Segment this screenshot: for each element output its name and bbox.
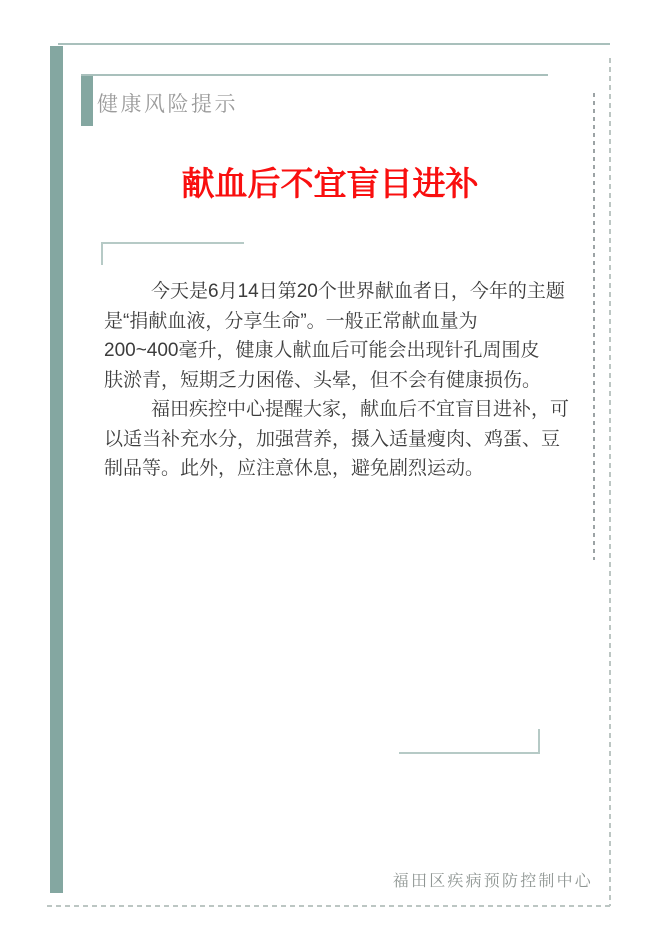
corner-bracket-bottom-right xyxy=(399,729,540,754)
page-title: 献血后不宜盲目进补 xyxy=(50,158,610,205)
header-accent-square xyxy=(81,74,93,126)
header-top-line xyxy=(81,74,548,76)
corner-bracket-top-left xyxy=(101,242,244,265)
poster-page: 健康风险提示 献血后不宜盲目进补 今天是6月14日第20个世界献血者日，今年的主… xyxy=(0,0,660,952)
paragraph: 福田疾控中心提醒大家，献血后不宜盲目进补，可以适当补充水分，加强营养，摄入适量瘦… xyxy=(104,395,566,484)
body-line: 以适当补充水分，加强营养，摄入适量瘦肉、鸡蛋、豆 xyxy=(104,425,566,455)
paragraph: 今天是6月14日第20个世界献血者日，今年的主题是“捐献血液，分享生命”。一般正… xyxy=(104,277,566,395)
section-header: 健康风险提示 xyxy=(97,88,238,118)
body-line: 肤淤青，短期乏力困倦、头晕，但不会有健康损伤。 xyxy=(104,366,566,396)
footer-organization: 福田区疾病预防控制中心 xyxy=(393,868,593,891)
body-line: 福田疾控中心提醒大家，献血后不宜盲目进补，可 xyxy=(104,395,566,425)
body-line: 今天是6月14日第20个世界献血者日，今年的主题 xyxy=(104,277,566,307)
body-line: 制品等。此外，应注意休息，避免剧烈运动。 xyxy=(104,454,566,484)
body-text: 今天是6月14日第20个世界献血者日，今年的主题是“捐献血液，分享生命”。一般正… xyxy=(104,277,566,484)
body-line: 200~400毫升，健康人献血后可能会出现针孔周围皮 xyxy=(104,336,566,366)
dashed-border-bottom xyxy=(47,905,610,907)
top-border-line xyxy=(58,43,610,45)
body-line: 是“捐献血液，分享生命”。一般正常献血量为 xyxy=(104,307,566,337)
